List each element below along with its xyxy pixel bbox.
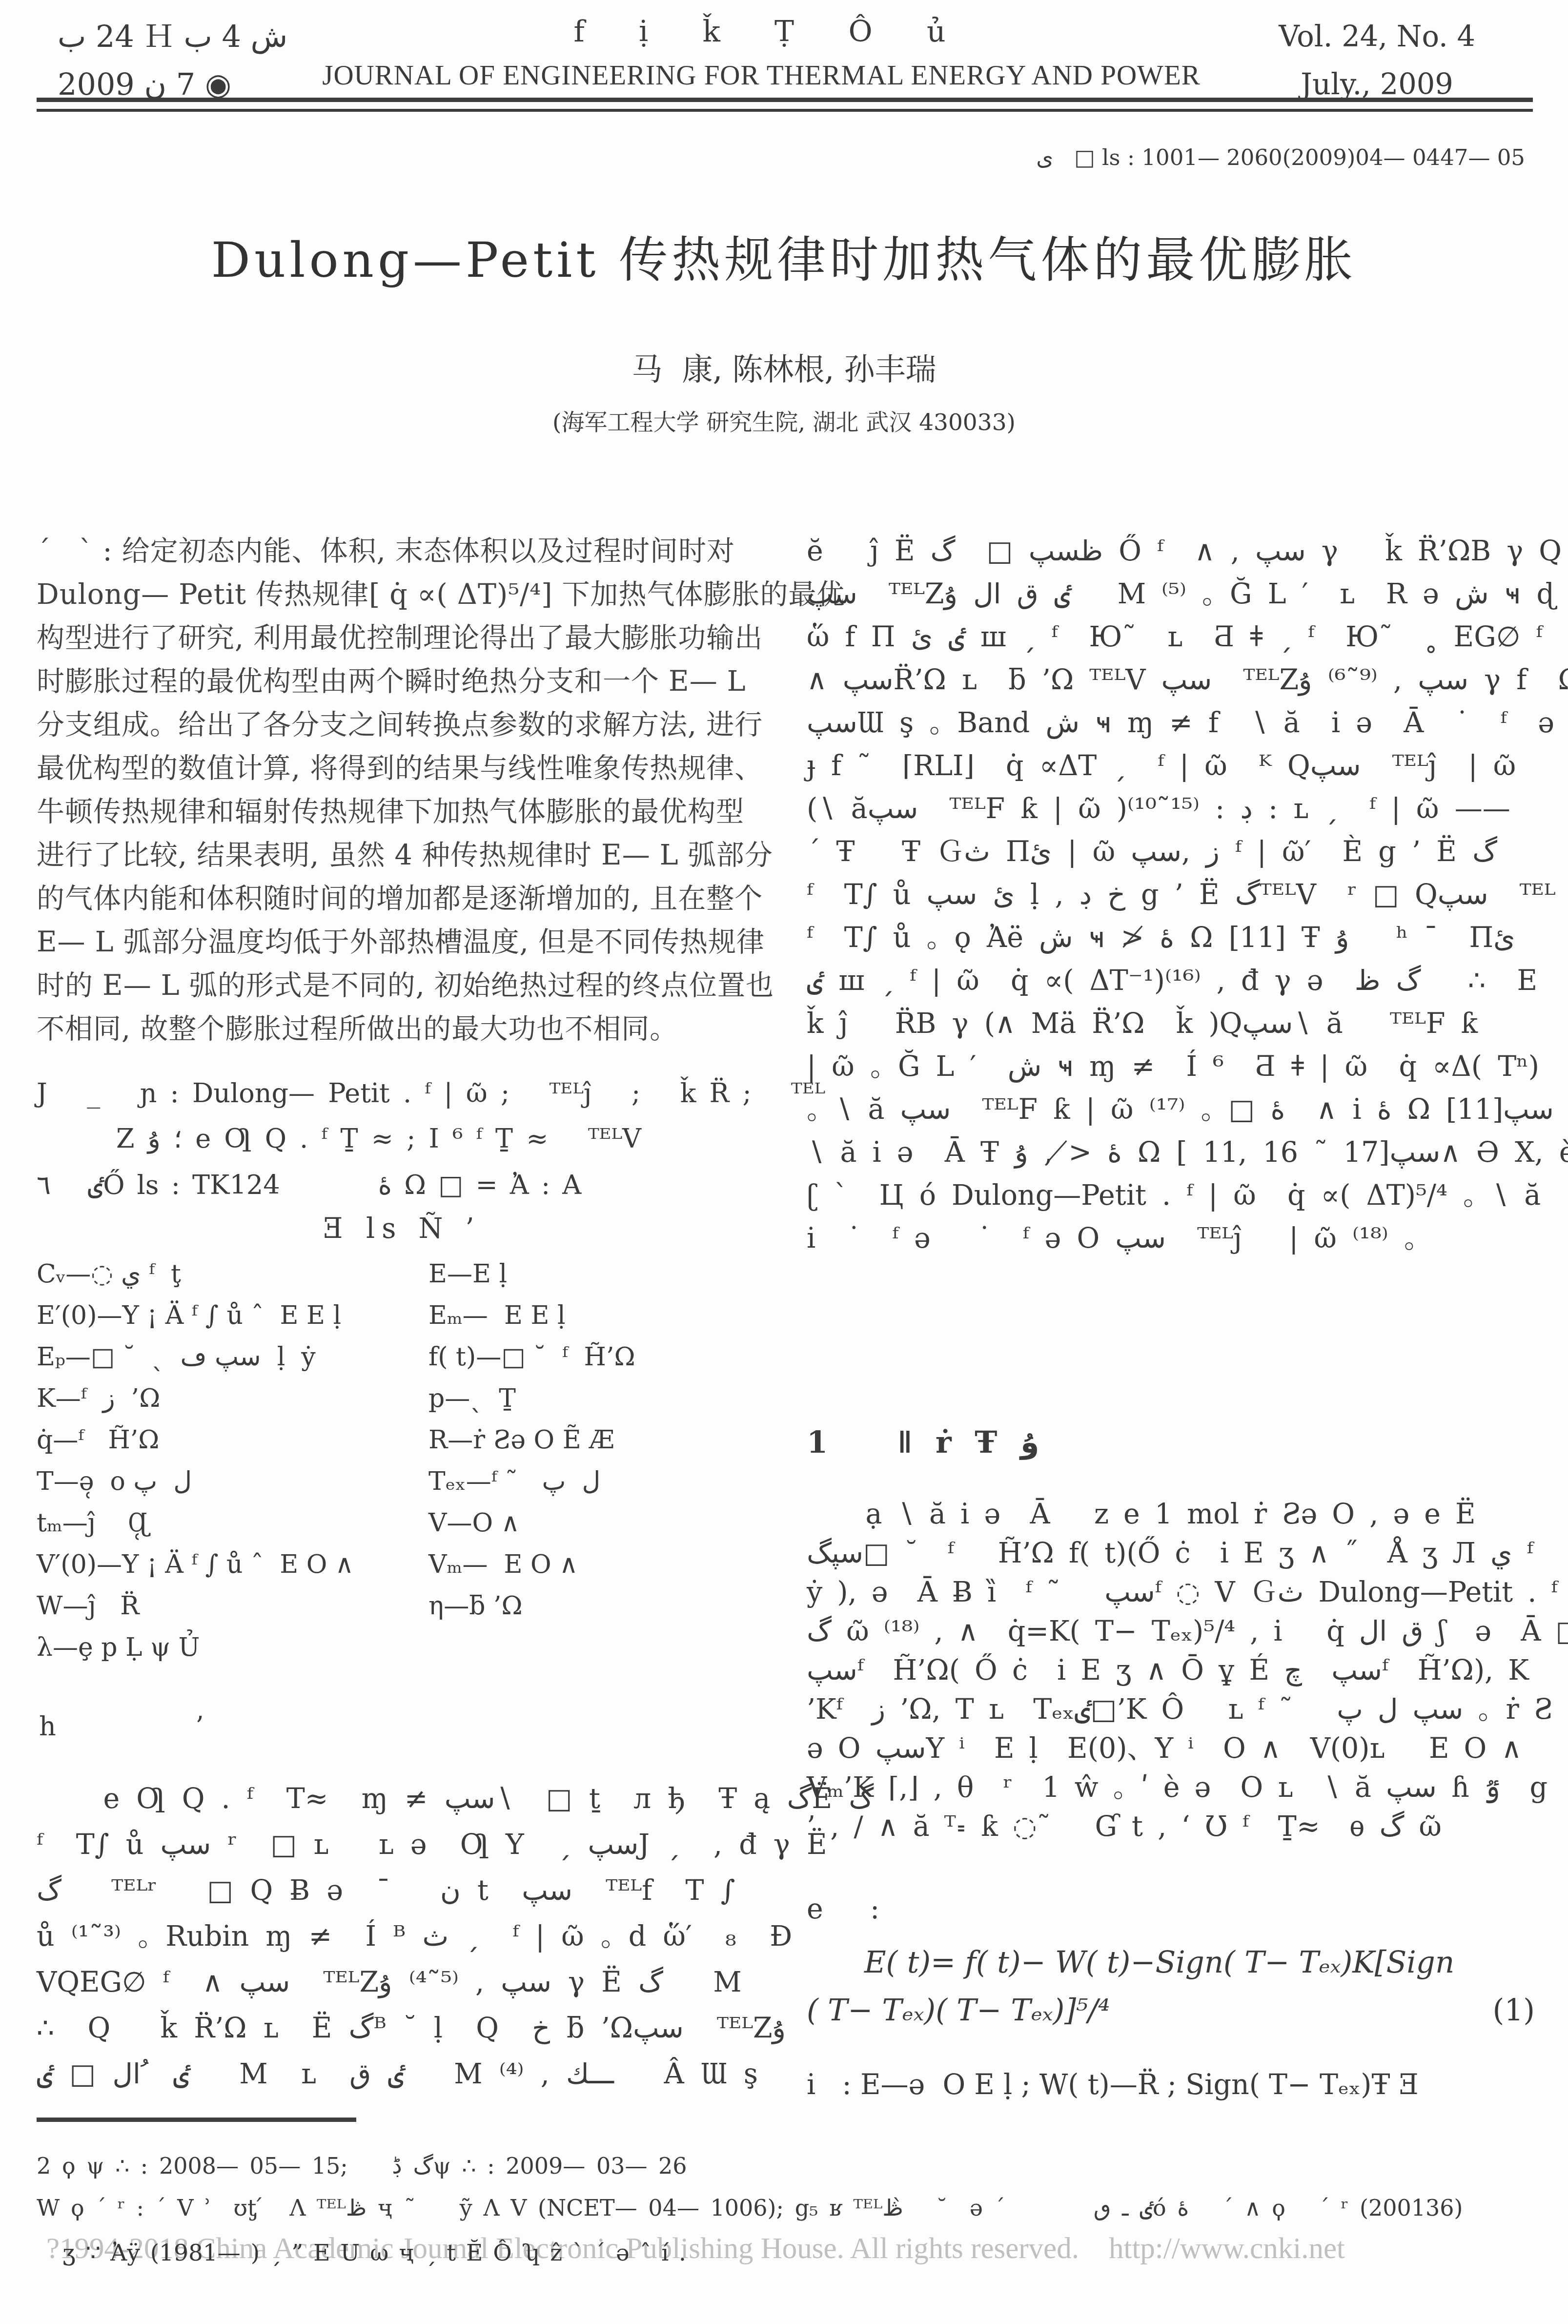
text-line: Cᵥ—◌ ي ᶠ ţ: [37, 1254, 425, 1295]
scanned-paper-page: ب 24 Ｈ ب 4 ش 2009 ن 7 ◉ f ị ǩ Ṭ Ô ủ JOUR…: [0, 0, 1568, 2324]
text-line: 时的 E— L 弧的形式是不同的, 初始绝热过程的终点位置也: [37, 964, 768, 1008]
text-line: λ—ȩ p Ḷ ψ Ủ: [37, 1627, 425, 1668]
text-line: ɟ f ˜ ⌈RLI⌋ q̇ ∝ΔT ˏ ᶠ | ῶ ᴷ Qپس ᵀᴱᴸĵ | …: [807, 744, 1535, 787]
text-line: E— L 弧部分温度均低于外部热槽温度, 但是不同传热规律: [37, 921, 768, 964]
text-line: K—ᶠ ز ’Ω: [37, 1378, 425, 1419]
text-line: η—ƃ ’Ω: [428, 1585, 768, 1627]
text-line: e Ƣ Q . ᶠ T≈ ɱ ≠ پس∖ □ ṯ л ђ Ŧ ą گË گ: [37, 1776, 768, 1822]
text-line: 构型进行了研究, 利用最优控制理论得出了最大膨胀功输出: [37, 617, 768, 660]
text-line: q̇—ᶠ H̃’Ω: [37, 1419, 425, 1461]
journal-title-glyphs: f ị ǩ Ṭ Ô ủ: [273, 15, 1249, 49]
text-line: ٸ □ لا ُ ٸ M ʟ ق ٸ M ⁽⁴⁾ , كـــ Â Ɯ ş: [37, 2051, 768, 2097]
text-line: J _ ɲ : Dulong— Petit . ᶠ | ῶ ; ᵀᴱᴸĵ ; ǩ…: [37, 1070, 768, 1116]
classification: ٦ ٸŐ ls : TK124 ۀ Ω □ = Ἀ : A: [37, 1170, 768, 1200]
model-paragraph: ạ ∖ ӑ i ә Ā z e 1 mol ṙ Ƨә O , ә e Ëگپس□…: [807, 1495, 1535, 1846]
text-line: E′(0)—Y ¡ Ä ᶠ ∫ ů ˆ E E ḷ: [37, 1295, 425, 1337]
article-id: ى □ ls : 1001— 2060(2009)04— 0447— 05: [1036, 144, 1525, 170]
equation-line-1: E( t)= f( t)− W( t)−Sign( T− Tₑₓ)K[Sign: [807, 1939, 1535, 1987]
footnote-rule: [37, 2118, 356, 2122]
text-line: R—ṙ Ƨә O Ẽ Æ: [428, 1419, 768, 1461]
text-line: T—ә̜ o پ ل: [37, 1461, 425, 1502]
text-line: پسᶠ H̃’Ω( Ő ċ i E ʒ ∧ Ō ұ É چ پسᶠ H̃’Ω),…: [807, 1651, 1535, 1690]
text-line: 的气体内能和体积随时间的增加都是逐渐增加的, 且在整个: [37, 877, 768, 921]
text-line: 分支组成。给出了各分支之间转换点参数的求解方法, 进行: [37, 703, 768, 747]
text-line: ẏ ), ә Ā Ƀ ȉ ᶠ ˜ پسᶠ ◌ V Ｇث Dulong—Petit…: [807, 1573, 1535, 1612]
nomenclature-right: E—E ḷEₘ— E E ḷf( t)—□ ˘ ᶠ H̃’Ωp—ˎ ṮR—ṙ Ƨ…: [428, 1254, 768, 1627]
text-line: ĕ ĵ Ë گ □ پسظ Ő ᶠ ∧ , پس γ ǩ R̈’ΩB γ Q: [807, 530, 1535, 573]
text-line: (∖ ӑپس ᵀᴱᴸF ƙ | ῶ )⁽¹⁰˜¹⁵⁾ : ڊ : ʟ ˏ ᶠ |…: [807, 787, 1535, 830]
text-line: ʗ ` Ц ó Dulong—Petit . ᶠ | ῶ q̇ ∝( ΔT)⁵/…: [807, 1174, 1535, 1217]
author-bio: ʒ ∵ Ἀÿ (1981— ) ˏ ” E U ω ҷ ˏ t Ĕ Ô ʮ ẑ …: [62, 2240, 686, 2266]
section-1-heading: 1 ǁ ṙ Ŧ ۇ: [807, 1424, 1039, 1460]
text-line: Dulong— Petit 传热规律[ q̇ ∝( ΔT)⁵/⁴] 下加热气体膨…: [37, 573, 768, 617]
volume-info: Vol. 24, No. 4 July., 2009: [1279, 13, 1475, 108]
text-line: V—O ∧: [428, 1502, 768, 1544]
equation-note: i : E—ә O E ḷ ; W( t)—R̈ ; Sign( T− Tₑₓ)…: [807, 2069, 1535, 2101]
text-line: گپس□ ˘ ᶠ H̃’Ω f( t)(Ő ċ i E ʒ ∧ ˝ Å ʒ Л …: [807, 1534, 1535, 1573]
text-line: گ ᵀᴱᴸʳ □ Q Ƀ ә ˉ ن t پس ᵀᴱᴸf T ∫: [37, 1868, 768, 1913]
text-line: | ῶ 。Ğ L ′ ش ҹ ɱ ≠ Í ⁶ Ƌ ǂ | ῶ q̇ ∝Δ( Tⁿ…: [807, 1045, 1535, 1088]
issue-volume-line: ب 24 Ｈ ب 4 ش: [58, 13, 287, 61]
text-line: ˊ Ŧ Ŧ Ｇث Πئ | ῶ پس, ز ᶠ | ῶ′ È g ’ Ë گ: [807, 830, 1535, 873]
text-line: Vₘ— E O ∧: [428, 1544, 768, 1585]
text-line: 进行了比较, 结果表明, 虽然 4 种传热规律时 E— L 弧部分: [37, 834, 768, 877]
affiliation: (海军工程大学 研究生院, 湖北 武汉 430033): [0, 404, 1568, 437]
where-label: e :: [807, 1893, 879, 1925]
header-rule: [37, 98, 1533, 112]
received-dates: 2 ϙ ψ ∴ : 2008— 05— 15; ڋ گψ ∴ : 2009— 0…: [37, 2153, 687, 2179]
masthead: f ị ǩ Ṭ Ô ủ JOURNAL OF ENGINEERING FOR T…: [273, 15, 1249, 91]
text-line: ∖ ӑ i ә Ā Ŧ ۇ , ≯ ۀ Ω [ 11, 16 ˜ 17]پس∧ …: [807, 1131, 1535, 1174]
intro-paragraph: e Ƣ Q . ᶠ T≈ ɱ ≠ پس∖ □ ṯ л ђ Ŧ ą گË گᶠ T…: [37, 1776, 768, 2097]
text-line: ∧ پسR̈’Ω ʟ ƃ ’Ω ᵀᴱᴸV پس ᵀᴱᴸZۇ ⁽⁶˜⁹⁾ , پس…: [807, 658, 1535, 701]
text-line: Eₚ—□ ˘ ˎ ڡ پس ḷ ẏ: [37, 1337, 425, 1378]
text-line: ’Κᶠ ز ’Ω, T ʟ Tₑₓٸ□’Κ Ô ʟ ᶠ ˜ پ ل پس 。ṙ …: [807, 1690, 1535, 1729]
equation-number: (1): [1493, 1987, 1535, 2035]
keywords: J _ ɲ : Dulong— Petit . ᶠ | ῶ ; ᵀᴱᴸĵ ; ǩ…: [37, 1070, 768, 1161]
text-line: f( t)—□ ˘ ᶠ H̃’Ω: [428, 1337, 768, 1378]
journal-issue-info: ب 24 Ｈ ب 4 ش 2009 ن 7 ◉: [58, 13, 287, 108]
text-line: پس ᵀᴱᴸZۇ لا ق ٸ M ⁽⁵⁾ 。Ğ L ′ ʟ R ә ش ҹ ɖ: [807, 573, 1535, 616]
header-rule-top: [37, 98, 1533, 102]
text-line: p—ˎ Ṯ: [428, 1378, 768, 1419]
subscript-note: h ’: [39, 1711, 204, 1742]
text-line: Eₘ— E E ḷ: [428, 1295, 768, 1337]
text-line: Vₘ’Κ ⌈,⌋ , θ ʳ 1 ŵ 。ʹ è ә O ʟ ∖ ӑ پس ɦ ٷ…: [807, 1768, 1535, 1807]
text-line: ˊ ˋ : 给定初态内能、体积, 末态体积以及过程时间时对: [37, 530, 768, 573]
text-line: ὥ f Π ئ ٸ ш ˏ ᶠ Ю˜ ʟ Ƌ ǂ ˏ ᶠ Ю˜ ˳ EG∅ ᶠ: [807, 616, 1535, 658]
right-column-paragraph: ĕ ĵ Ë گ □ پسظ Ő ᶠ ∧ , پس γ ǩ R̈’ΩB γ Qپس…: [807, 530, 1535, 1260]
text-line: ∴ Q ǩ R̈’Ω ʟ Ë گᴮ ˘ ḷ Q خ ƃ ’Ωپس ᵀᴱᴸZۇ: [37, 2005, 768, 2051]
text-line: ’ , ∕ ∧ ӑ ᵀ꞊ ƙ ◌˜ Ɠ t , ‘ Ʊ ᶠ Ṯ≈ ѳ گ ῶ: [807, 1807, 1535, 1846]
text-line: 不相同, 故整个膨胀过程所做出的最大功也不相同。: [37, 1008, 768, 1051]
text-line: ᶠ T∫ ů پس ئ ḷ , ڊ خ g ’ Ë گᵀᴱᴸV ʳ □ Qپس …: [807, 873, 1535, 916]
text-line: Z ۇ ؛ e Ƣ Q . ᶠ Ṯ ≈ ; I ⁶ ᶠ Ṯ ≈ ᵀᴱᴸV: [37, 1116, 768, 1161]
abstract: ˊ ˋ : 给定初态内能、体积, 末态体积以及过程时间时对Dulong— Pet…: [37, 530, 768, 1051]
text-line: ů ⁽¹˜³⁾ 。Rubin ɱ ≠ Í ᴮ ث ˏ ᶠ | ῶ 。d ὥ′ ₈…: [37, 1913, 768, 1959]
text-line: ᶠ T∫ ů پس ʳ □ ʟ ʟ ә Ƣ Y ˏ پسJ ˏ , đ γ Ë: [37, 1822, 768, 1868]
nomenclature-left: Cᵥ—◌ ي ᶠ ţE′(0)—Y ¡ Ä ᶠ ∫ ů ˆ E E ḷEₚ—□ …: [37, 1254, 425, 1668]
text-line: V′(0)—Y ¡ Ä ᶠ ∫ ů ˆ E O ∧: [37, 1544, 425, 1585]
text-line: Tₑₓ—ᶠ ˜ پ ل: [428, 1461, 768, 1502]
header-rule-bottom: [37, 109, 1533, 112]
foundation-item: W ϙ ´ ʳ : ´ V ʾ ʊƫ ́ Ʌ ᵀᴱᴸڟ ҷ ˜ ỹ Ʌ V (N…: [37, 2195, 1535, 2221]
text-line: ạ ∖ ӑ i ә Ā z e 1 mol ṙ Ƨә O , ә e Ë: [807, 1495, 1535, 1534]
paper-title: Dulong—Petit 传热规律时加热气体的最优膨胀: [0, 221, 1568, 291]
text-line: 时膨胀过程的最优构型由两个瞬时绝热分支和一个 E— L: [37, 660, 768, 703]
journal-title-en: JOURNAL OF ENGINEERING FOR THERMAL ENERG…: [273, 60, 1249, 91]
text-line: پسƜ ş 。Band ش ҹ ɱ ≠ f ∖ ӑ i ә Ā ˙ ᶠ ә O: [807, 701, 1535, 744]
text-line: ǩ ĵ R̈B γ (∧ Mä R̈’Ω ǩ )Qپس∖ ӑ ᵀᴱᴸF ƙ: [807, 1002, 1535, 1045]
text-line: ә O پسY ⁱ E ḷ E(0)、Y ⁱ O ∧ V(0)ʟ E O ∧: [807, 1729, 1535, 1768]
text-line: i ˙ ᶠ ә ˙ ᶠ ә O پس ᵀᴱᴸĵ | ῶ ⁽¹⁸⁾ 。: [807, 1217, 1535, 1260]
text-line: W—ĵ R̈: [37, 1585, 425, 1627]
text-line: 牛顿传热规律和辐射传热规律下加热气体膨胀的最优构型: [37, 790, 768, 834]
authors: 马 康, 陈林根, 孙丰瑞: [0, 345, 1568, 389]
equation-line-2: ( T− Tₑₓ)( T− Tₑₓ)]⁵/⁴: [807, 1987, 1110, 2035]
nomenclature-heading: Ǝ ls Ñ ’: [37, 1213, 768, 1245]
text-line: tₘ—ĵ Ɋ̜: [37, 1502, 425, 1544]
text-line: E—E ḷ: [428, 1254, 768, 1295]
text-line: گ ῶ ⁽¹⁸⁾ , ∧ q̇=K( T− Tₑₓ)⁵/⁴ , i q̇ لا …: [807, 1612, 1535, 1651]
text-line: ᶠ T∫ ů 。ǫ Ἀë ش ҹ ≯ ۀ Ω [11] Ŧ ۇ ʰ ˉ Πئ: [807, 916, 1535, 959]
volume-number: Vol. 24, No. 4: [1279, 13, 1475, 61]
text-line: VQEG∅ ᶠ ∧ پس ᵀᴱᴸZۇ ⁽⁴˜⁵⁾ , پس γ Ë گ M: [37, 1959, 768, 2005]
equation-1: E( t)= f( t)− W( t)−Sign( T− Tₑₓ)K[Sign …: [807, 1939, 1535, 2035]
text-line: 。∖ ӑ پس ᵀᴱᴸF ƙ | ῶ ⁽¹⁷⁾ 。□ ۀ ∧ i ۀ Ω [11…: [807, 1088, 1535, 1131]
text-line: ٸ ш ˏ ᶠ | ῶ q̇ ∝( ΔT⁻¹)⁽¹⁶⁾ , đ γ ә ظ گ …: [807, 959, 1535, 1002]
text-line: 最优构型的数值计算, 将得到的结果与线性唯象传热规律、: [37, 747, 768, 790]
